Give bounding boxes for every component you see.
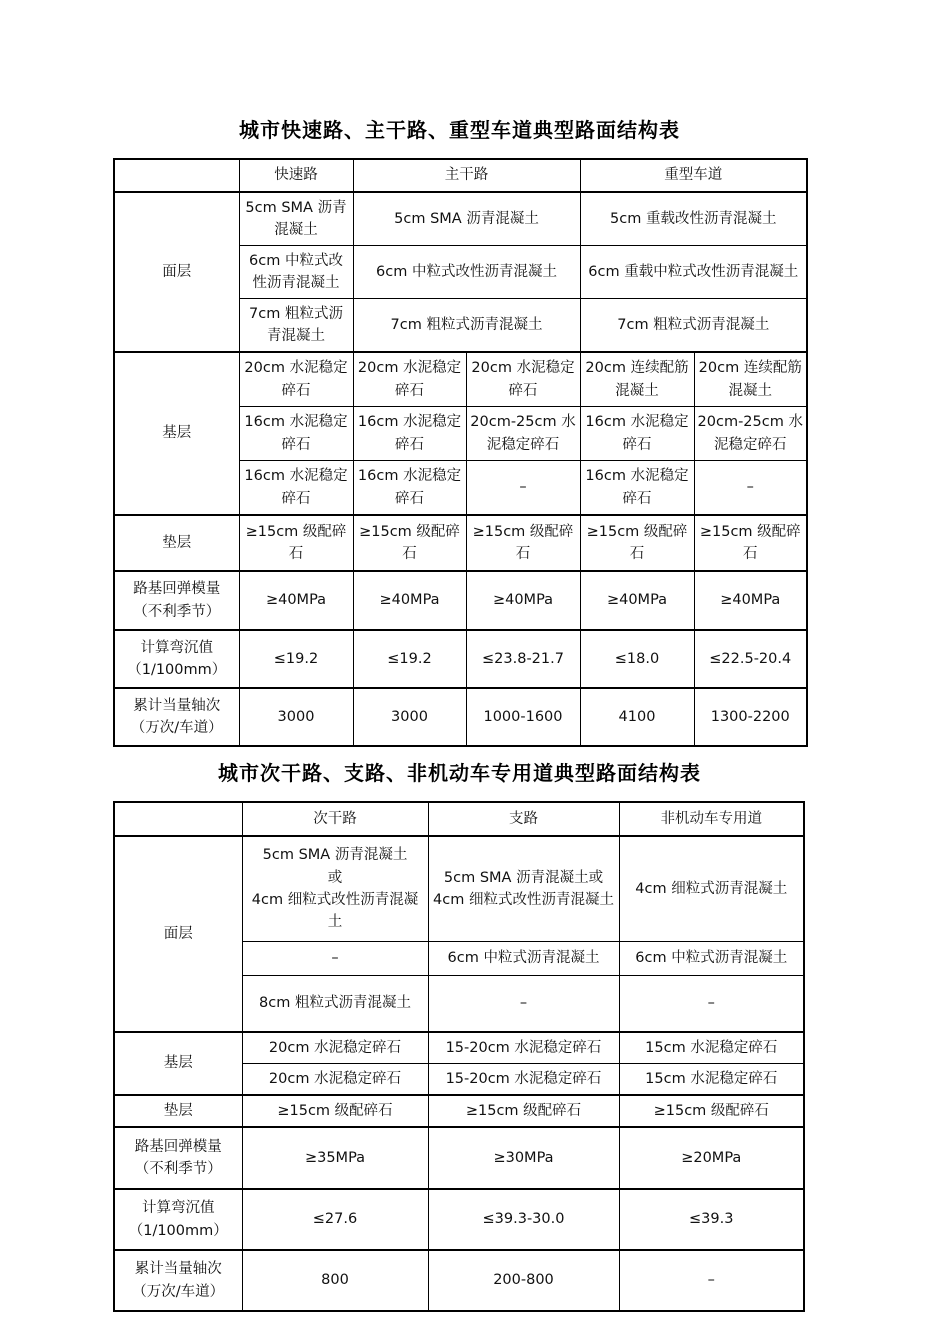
document-page: 城市快速路、主干路、重型车道典型路面结构表 快速路 主干路 重型车道 面层 5c… [0, 0, 950, 1320]
t2-label-modulus: 路基回弹模量 （不利季节） [114, 1127, 242, 1189]
table-row: 基层 20cm 水泥稳定碎石 20cm 水泥稳定碎石 20cm 水泥稳定碎石 2… [114, 352, 807, 407]
t2-base-r2-c3: 15cm 水泥稳定碎石 [619, 1064, 804, 1096]
t1-surface-r3-c2: 7cm 粗粒式沥青混凝土 [353, 299, 580, 353]
table-row: 基层 20cm 水泥稳定碎石 15-20cm 水泥稳定碎石 15cm 水泥稳定碎… [114, 1032, 804, 1064]
table-row: 次干路 支路 非机动车专用道 [114, 802, 804, 836]
t1-cushion-c2b: ≥15cm 级配碎石 [466, 515, 580, 571]
t2-cushion-c2: ≥15cm 级配碎石 [428, 1095, 619, 1127]
t1-header-heavy-lane: 重型车道 [580, 159, 807, 192]
t1-cushion-c3b: ≥15cm 级配碎石 [694, 515, 807, 571]
t1-deflection-c2a: ≤19.2 [353, 630, 466, 688]
table2-pavement-structure: 次干路 支路 非机动车专用道 面层 5cm SMA 沥青混凝土 或 4cm 细粒… [113, 801, 805, 1312]
t1-base-r3-c2a: 16cm 水泥稳定碎石 [353, 461, 466, 516]
t1-header-expressway: 快速路 [239, 159, 353, 192]
t2-label-surface: 面层 [114, 836, 242, 1032]
table-row: 计算弯沉值 （1/100mm） ≤19.2 ≤19.2 ≤23.8-21.7 ≤… [114, 630, 807, 688]
table-row: 垫层 ≥15cm 级配碎石 ≥15cm 级配碎石 ≥15cm 级配碎石 ≥15c… [114, 515, 807, 571]
t1-base-r1-c1: 20cm 水泥稳定碎石 [239, 352, 353, 407]
t2-base-r2-c2: 15-20cm 水泥稳定碎石 [428, 1064, 619, 1096]
t1-base-r1-c3a: 20cm 连续配筋混凝土 [580, 352, 694, 407]
t2-label-axle: 累计当量轴次 （万次/车道） [114, 1250, 242, 1311]
table-row: 快速路 主干路 重型车道 [114, 159, 807, 192]
table2-title: 城市次干路、支路、非机动车专用道典型路面结构表 [113, 759, 806, 787]
t2-modulus-c2: ≥30MPa [428, 1127, 619, 1189]
t1-axle-c1: 3000 [239, 688, 353, 746]
table-row: 面层 5cm SMA 沥青混凝土 或 4cm 细粒式改性沥青混凝土 5cm SM… [114, 836, 804, 942]
t1-label-modulus: 路基回弹模量 （不利季节） [114, 571, 239, 630]
t2-surface-r2-c3: 6cm 中粒式沥青混凝土 [619, 942, 804, 976]
t2-header-branch: 支路 [428, 802, 619, 836]
t2-deflection-c3: ≤39.3 [619, 1189, 804, 1250]
t1-axle-c3b: 1300-2200 [694, 688, 807, 746]
t2-deflection-c1: ≤27.6 [242, 1189, 428, 1250]
t1-cushion-c2a: ≥15cm 级配碎石 [353, 515, 466, 571]
t2-surface-r1-c2: 5cm SMA 沥青混凝土或4cm 细粒式改性沥青混凝土 [428, 836, 619, 942]
t2-surface-r3-c3: – [619, 976, 804, 1033]
t2-base-r1-c2: 15-20cm 水泥稳定碎石 [428, 1032, 619, 1064]
t1-surface-r2-c3: 6cm 重载中粒式改性沥青混凝土 [580, 246, 807, 299]
t1-corner-cell [114, 159, 239, 192]
t1-surface-r1-c1: 5cm SMA 沥青混凝土 [239, 192, 353, 246]
t2-header-secondary: 次干路 [242, 802, 428, 836]
t2-label-base: 基层 [114, 1032, 242, 1095]
t1-modulus-c3a: ≥40MPa [580, 571, 694, 630]
table-row: 面层 5cm SMA 沥青混凝土 5cm SMA 沥青混凝土 5cm 重载改性沥… [114, 192, 807, 246]
t1-base-r2-c3b: 20cm-25cm 水泥稳定碎石 [694, 407, 807, 461]
t1-modulus-c1: ≥40MPa [239, 571, 353, 630]
t1-surface-r3-c1: 7cm 粗粒式沥青混凝土 [239, 299, 353, 353]
table1-title: 城市快速路、主干路、重型车道典型路面结构表 [113, 116, 806, 144]
t1-modulus-c2a: ≥40MPa [353, 571, 466, 630]
t2-surface-r1-c1: 5cm SMA 沥青混凝土 或 4cm 细粒式改性沥青混凝土 [242, 836, 428, 942]
t2-label-cushion: 垫层 [114, 1095, 242, 1127]
t1-header-arterial: 主干路 [353, 159, 580, 192]
t1-base-r3-c3a: 16cm 水泥稳定碎石 [580, 461, 694, 516]
t1-label-axle: 累计当量轴次 （万次/车道） [114, 688, 239, 746]
t2-base-r2-c1: 20cm 水泥稳定碎石 [242, 1064, 428, 1096]
t1-cushion-c3a: ≥15cm 级配碎石 [580, 515, 694, 571]
t1-base-r1-c2b: 20cm 水泥稳定碎石 [466, 352, 580, 407]
table-row: 路基回弹模量 （不利季节） ≥40MPa ≥40MPa ≥40MPa ≥40MP… [114, 571, 807, 630]
t1-deflection-c3a: ≤18.0 [580, 630, 694, 688]
document-body: 城市快速路、主干路、重型车道典型路面结构表 快速路 主干路 重型车道 面层 5c… [0, 0, 950, 1312]
t1-label-cushion: 垫层 [114, 515, 239, 571]
t1-base-r2-c2b: 20cm-25cm 水泥稳定碎石 [466, 407, 580, 461]
table-row: 累计当量轴次 （万次/车道） 800 200-800 – [114, 1250, 804, 1311]
t1-surface-r2-c1: 6cm 中粒式改性沥青混凝土 [239, 246, 353, 299]
t2-surface-r3-c1: 8cm 粗粒式沥青混凝土 [242, 976, 428, 1033]
t2-surface-r2-c1: – [242, 942, 428, 976]
table1-pavement-structure: 快速路 主干路 重型车道 面层 5cm SMA 沥青混凝土 5cm SMA 沥青… [113, 158, 808, 747]
table-row: 计算弯沉值 （1/100mm） ≤27.6 ≤39.3-30.0 ≤39.3 [114, 1189, 804, 1250]
t1-axle-c2b: 1000-1600 [466, 688, 580, 746]
t1-surface-r1-c3: 5cm 重载改性沥青混凝土 [580, 192, 807, 246]
t2-header-nonmotor: 非机动车专用道 [619, 802, 804, 836]
t2-deflection-c2: ≤39.3-30.0 [428, 1189, 619, 1250]
t1-deflection-c1: ≤19.2 [239, 630, 353, 688]
t1-base-r3-c2b: – [466, 461, 580, 516]
table-row: 路基回弹模量 （不利季节） ≥35MPa ≥30MPa ≥20MPa [114, 1127, 804, 1189]
t1-axle-c2a: 3000 [353, 688, 466, 746]
table-row: 累计当量轴次 （万次/车道） 3000 3000 1000-1600 4100 … [114, 688, 807, 746]
t2-modulus-c1: ≥35MPa [242, 1127, 428, 1189]
t1-label-base: 基层 [114, 352, 239, 515]
table-row: 垫层 ≥15cm 级配碎石 ≥15cm 级配碎石 ≥15cm 级配碎石 [114, 1095, 804, 1127]
t1-base-r2-c2a: 16cm 水泥稳定碎石 [353, 407, 466, 461]
t2-surface-r1-c3: 4cm 细粒式沥青混凝土 [619, 836, 804, 942]
t1-label-surface: 面层 [114, 192, 239, 352]
t2-base-r1-c3: 15cm 水泥稳定碎石 [619, 1032, 804, 1064]
t2-label-deflection: 计算弯沉值 （1/100mm） [114, 1189, 242, 1250]
t1-base-r2-c1: 16cm 水泥稳定碎石 [239, 407, 353, 461]
t1-base-r3-c3b: – [694, 461, 807, 516]
t1-base-r2-c3a: 16cm 水泥稳定碎石 [580, 407, 694, 461]
t2-axle-c2: 200-800 [428, 1250, 619, 1311]
t2-surface-r3-c2: – [428, 976, 619, 1033]
t2-corner-cell [114, 802, 242, 836]
t2-surface-r2-c2: 6cm 中粒式沥青混凝土 [428, 942, 619, 976]
t2-axle-c3: – [619, 1250, 804, 1311]
t2-cushion-c3: ≥15cm 级配碎石 [619, 1095, 804, 1127]
t1-base-r3-c1: 16cm 水泥稳定碎石 [239, 461, 353, 516]
t1-modulus-c2b: ≥40MPa [466, 571, 580, 630]
t1-base-r1-c3b: 20cm 连续配筋混凝土 [694, 352, 807, 407]
t2-cushion-c1: ≥15cm 级配碎石 [242, 1095, 428, 1127]
t1-axle-c3a: 4100 [580, 688, 694, 746]
t2-axle-c1: 800 [242, 1250, 428, 1311]
t1-modulus-c3b: ≥40MPa [694, 571, 807, 630]
t1-cushion-c1: ≥15cm 级配碎石 [239, 515, 353, 571]
t1-deflection-c3b: ≤22.5-20.4 [694, 630, 807, 688]
t1-surface-r2-c2: 6cm 中粒式改性沥青混凝土 [353, 246, 580, 299]
t1-base-r1-c2a: 20cm 水泥稳定碎石 [353, 352, 466, 407]
t2-modulus-c3: ≥20MPa [619, 1127, 804, 1189]
t1-surface-r3-c3: 7cm 粗粒式沥青混凝土 [580, 299, 807, 353]
t1-deflection-c2b: ≤23.8-21.7 [466, 630, 580, 688]
t1-label-deflection: 计算弯沉值 （1/100mm） [114, 630, 239, 688]
t1-surface-r1-c2: 5cm SMA 沥青混凝土 [353, 192, 580, 246]
t2-base-r1-c1: 20cm 水泥稳定碎石 [242, 1032, 428, 1064]
